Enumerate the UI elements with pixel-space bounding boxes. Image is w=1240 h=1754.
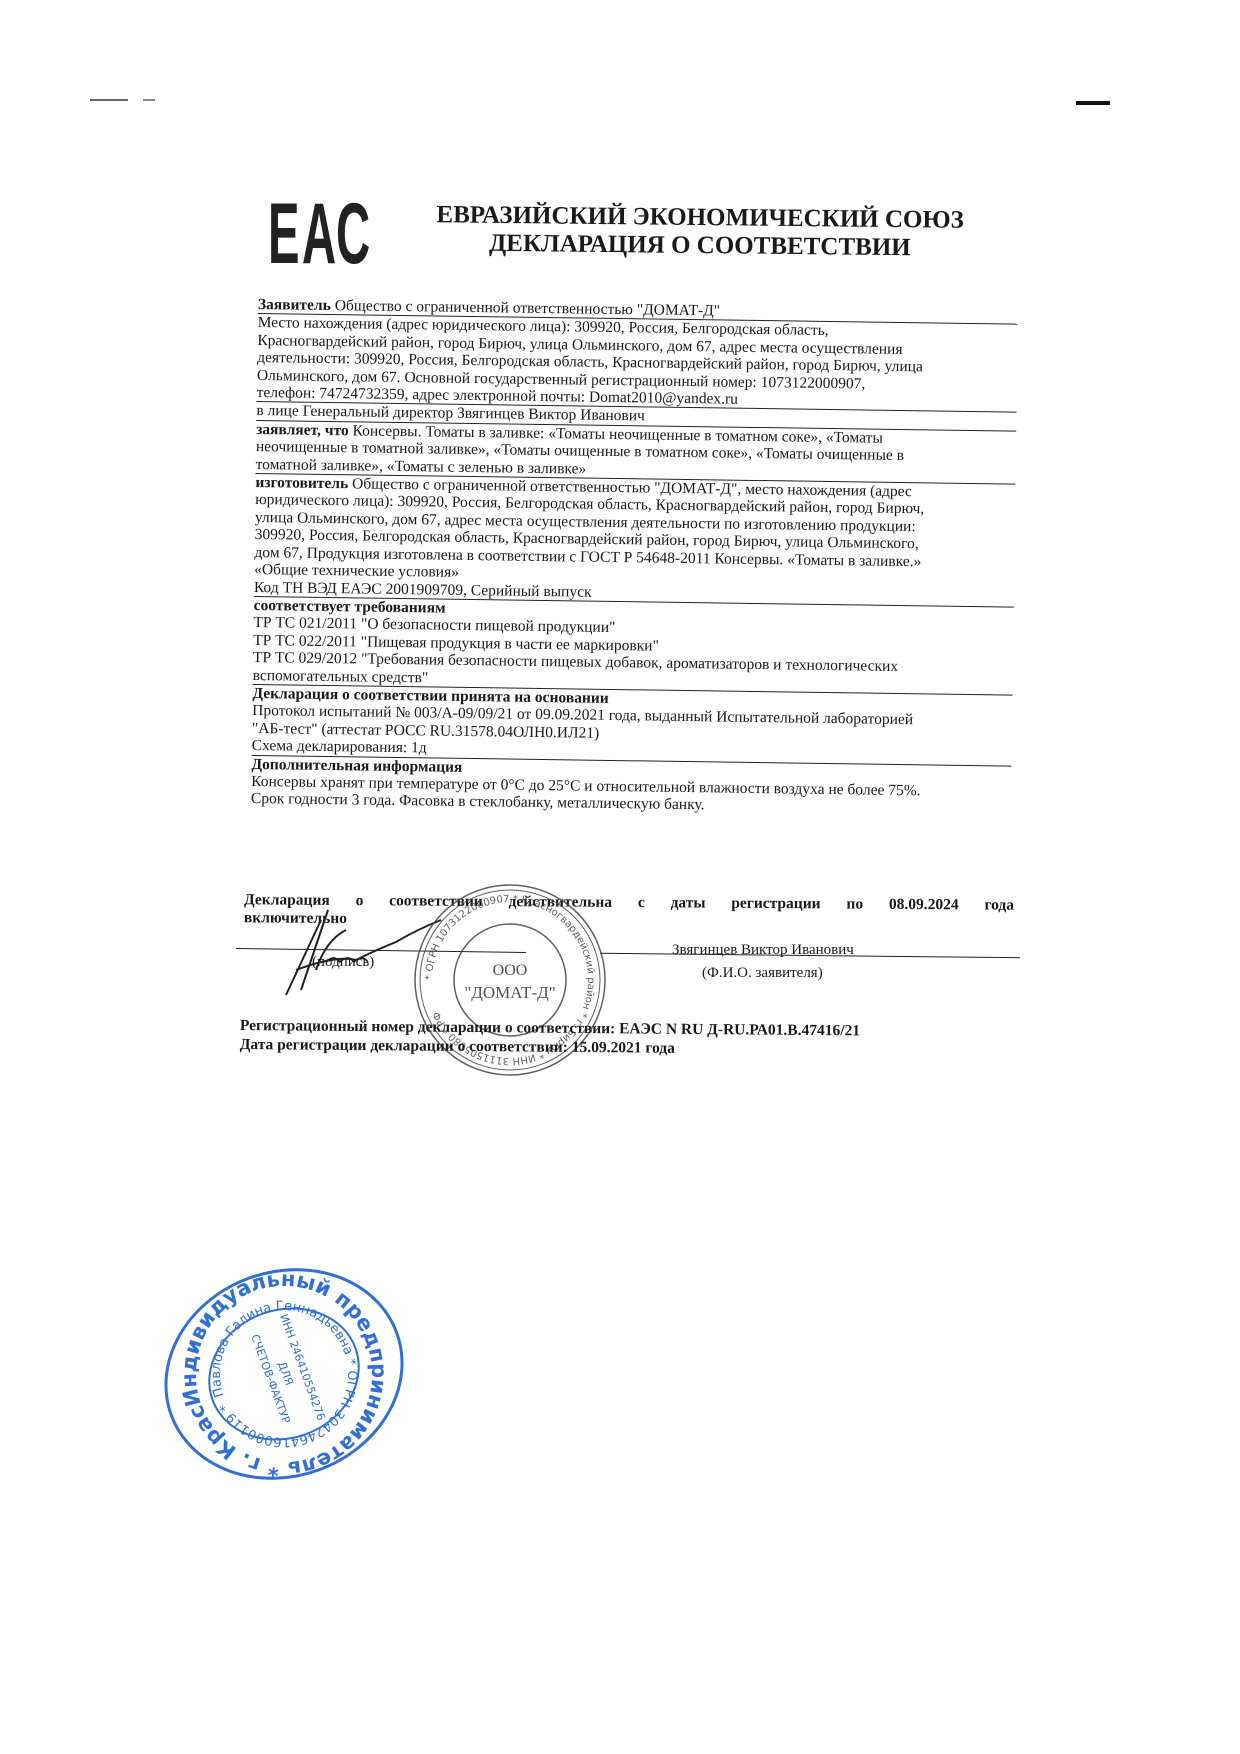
eac-letter: Е <box>268 200 283 268</box>
entrepreneur-seal-icon: Индивидуальный предприниматель * г. Крас… <box>158 1268 410 1480</box>
scan-artifact <box>1076 101 1110 105</box>
seal-center-text: "ДОМАТ-Д" <box>464 983 555 1002</box>
registration-block: Регистрационный номер декларации о соотв… <box>240 1016 861 1059</box>
eac-logo-icon: Е А С <box>268 200 364 268</box>
manufacturer-label: изготовитель <box>255 474 348 492</box>
signatory-name: Звягинцев Виктор Иванович <box>672 942 854 959</box>
declares-label: заявляет, что <box>256 421 349 439</box>
validity-date: 08.09.2024 <box>889 896 959 914</box>
validity-word: даты <box>671 894 706 912</box>
manufacturer-section: изготовитель Общество с ограниченной отв… <box>254 474 1016 607</box>
validity-word: по <box>846 896 863 914</box>
declaration-page: Е А С ЕВРАЗИЙСКИЙ ЭКОНОМИЧЕСКИЙ СОЮЗ ДЕК… <box>0 0 1240 1754</box>
applicant-section: Заявитель Общество с ограниченной ответс… <box>256 296 1018 431</box>
title-line-2: ДЕКЛАРАЦИЯ О СООТВЕТСТВИИ <box>420 229 980 263</box>
eac-letter: А <box>302 200 317 268</box>
applicant-label: Заявитель <box>258 296 331 314</box>
validity-word: года <box>984 896 1014 914</box>
additional-section: Дополнительная информация Консервы храня… <box>251 756 1012 819</box>
signature-caption: (подпись) <box>312 954 374 971</box>
basis-section: Декларация о соответствии принята на осн… <box>252 685 1013 766</box>
declaration-body: Заявитель Общество с ограниченной ответс… <box>251 296 1018 818</box>
document-title: ЕВРАЗИЙСКИЙ ЭКОНОМИЧЕСКИЙ СОЮЗ ДЕКЛАРАЦИ… <box>420 201 981 263</box>
seal-center-text: ООО <box>493 962 528 979</box>
scan-artifact <box>90 99 128 101</box>
scan-artifact <box>143 99 155 101</box>
eac-letter: С <box>336 200 351 268</box>
signatory-name-caption: (Ф.И.О. заявителя) <box>702 965 823 982</box>
requirements-section: соответствует требованиям ТР ТС 021/2011… <box>253 597 1014 696</box>
validity-word: с <box>638 894 645 912</box>
validity-word: регистрации <box>731 895 820 914</box>
